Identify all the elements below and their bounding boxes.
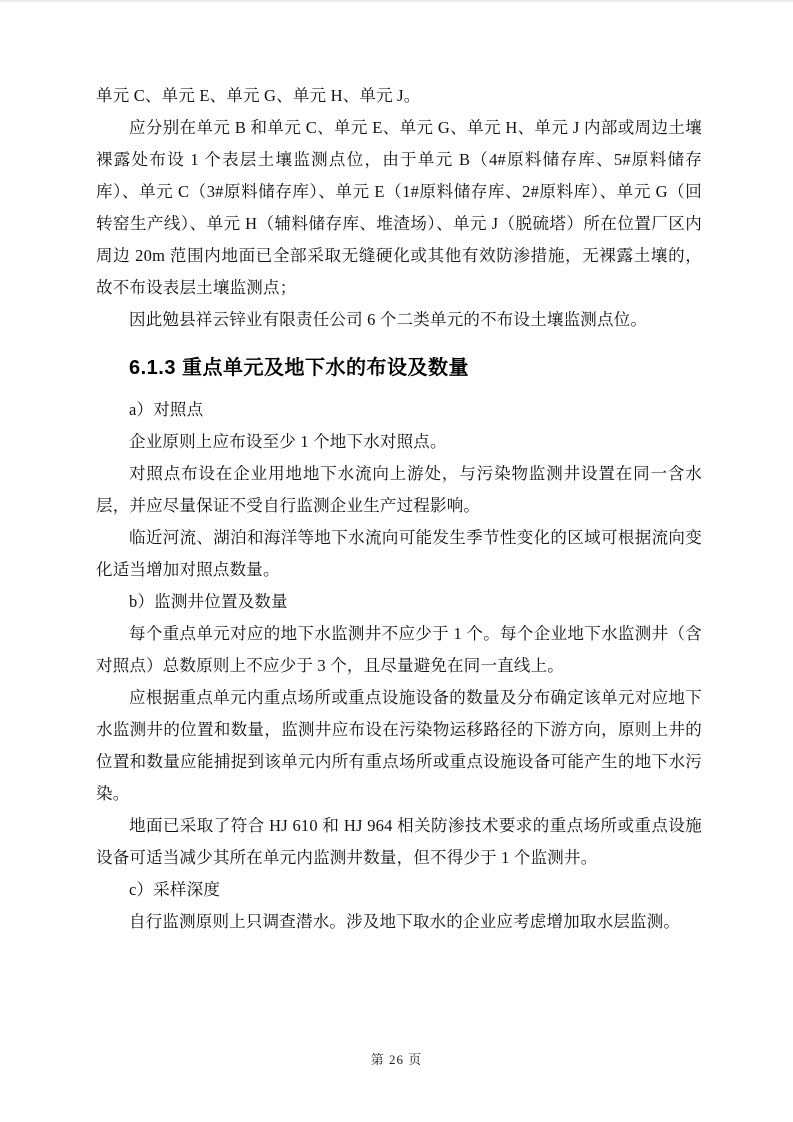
list-item-a-label: a）对照点	[96, 394, 702, 426]
paragraph-seasonal-flow: 临近河流、湖泊和海洋等地下水流向可能发生季节性变化的区域可根据流向变化适当增加对…	[96, 522, 702, 586]
paragraph-control-point-placement: 对照点布设在企业用地地下水流向上游处，与污染物监测井设置在同一含水层，并应尽量保…	[96, 458, 702, 522]
paragraph-control-point-min: 企业原则上应布设至少 1 个地下水对照点。	[96, 426, 702, 458]
paragraph-continuation: 单元 C、单元 E、单元 G、单元 H、单元 J。	[96, 80, 702, 112]
paragraph-soil-point-layout: 应分别在单元 B 和单元 C、单元 E、单元 G、单元 H、单元 J 内部或周边…	[96, 112, 702, 304]
page-number: 第 26 页	[0, 1050, 793, 1070]
paragraph-sampling-depth: 自行监测原则上只调查潜水。涉及地下取水的企业应考虑增加取水层监测。	[96, 906, 702, 938]
paragraph-well-position: 应根据重点单元内重点场所或重点设施设备的数量及分布确定该单元对应地下水监测井的位…	[96, 682, 702, 810]
document-page: 单元 C、单元 E、单元 G、单元 H、单元 J。 应分别在单元 B 和单元 C…	[0, 0, 793, 1122]
list-item-c-label: c）采样深度	[96, 874, 702, 906]
document-body: 单元 C、单元 E、单元 G、单元 H、单元 J。 应分别在单元 B 和单元 C…	[96, 80, 702, 938]
paragraph-hj-standards: 地面已采取了符合 HJ 610 和 HJ 964 相关防渗技术要求的重点场所或重…	[96, 810, 702, 874]
paragraph-well-count: 每个重点单元对应的地下水监测井不应少于 1 个。每个企业地下水监测井（含对照点）…	[96, 618, 702, 682]
list-item-b-label: b）监测井位置及数量	[96, 586, 702, 618]
paragraph-soil-conclusion: 因此勉县祥云锌业有限责任公司 6 个二类单元的不布设土壤监测点位。	[96, 304, 702, 336]
section-heading-6-1-3: 6.1.3 重点单元及地下水的布设及数量	[96, 350, 702, 386]
